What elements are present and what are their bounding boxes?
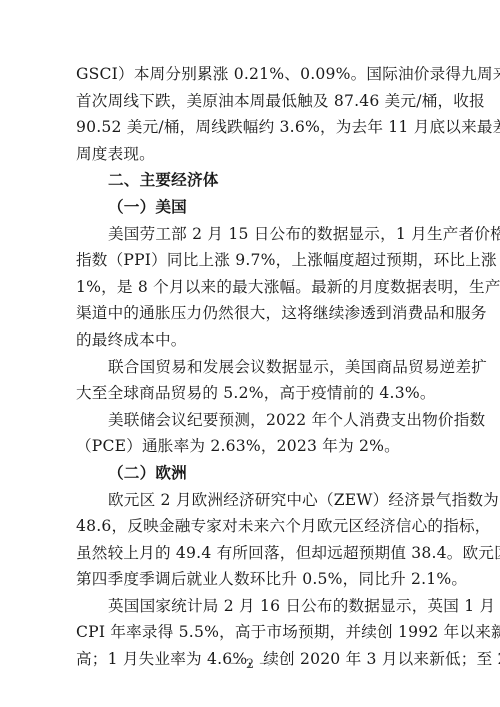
text-line: 美联储会议纪要预测，2022 年个人消费支出物价指数: [76, 407, 426, 434]
text-line: 周度表现。: [76, 141, 426, 168]
text-line: 联合国贸易和发展会议数据显示，美国商品贸易逆差扩: [76, 354, 426, 381]
text-line: 第四季度季调后就业人数环比升 0.5%，同比升 2.1%。: [76, 566, 426, 593]
text-line: 虽然较上月的 49.4 有所回落，但却远超预期值 38.4。欧元区: [76, 540, 426, 567]
document-body: GSCI）本周分别累涨 0.21%、0.09%。国际油价录得九周来 首次周线下跌…: [76, 61, 426, 673]
text-line: 90.52 美元/桶，周线跌幅约 3.6%，为去年 11 月底以来最差: [76, 114, 426, 141]
text-line: 欧元区 2 月欧洲经济研究中心（ZEW）经济景气指数为: [76, 487, 426, 514]
subsection-heading-us: （一）美国: [76, 194, 426, 221]
text-line: CPI 年率录得 5.5%，高于市场预期，并续创 1992 年以来新: [76, 619, 426, 646]
text-line: 的最终成本中。: [76, 327, 426, 354]
subsection-heading-europe: （二）欧洲: [76, 460, 426, 487]
text-line: 渠道中的通胀压力仍然很大，这将继续渗透到消费品和服务: [76, 300, 426, 327]
text-line: 48.6，反映金融专家对未来六个月欧元区经济信心的指标，: [76, 513, 426, 540]
text-line: 首次周线下跌，美原油本周最低触及 87.46 美元/桶，收报: [76, 88, 426, 115]
text-line: 指数（PPI）同比上涨 9.7%，上涨幅度超过预期，环比上涨: [76, 247, 426, 274]
page-number: － 2 －: [0, 653, 500, 672]
text-line: 美国劳工部 2 月 15 日公布的数据显示，1 月生产者价格: [76, 221, 426, 248]
text-line: （PCE）通胀率为 2.63%，2023 年为 2%。: [76, 433, 426, 460]
section-heading: 二、主要经济体: [76, 167, 426, 194]
text-line: 英国国家统计局 2 月 16 日公布的数据显示，英国 1 月: [76, 593, 426, 620]
text-line: GSCI）本周分别累涨 0.21%、0.09%。国际油价录得九周来: [76, 61, 426, 88]
text-line: 大至全球商品贸易的 5.2%，高于疫情前的 4.3%。: [76, 380, 426, 407]
text-line: 1%，是 8 个月以来的最大涨幅。最新的月度数据表明，生产: [76, 274, 426, 301]
